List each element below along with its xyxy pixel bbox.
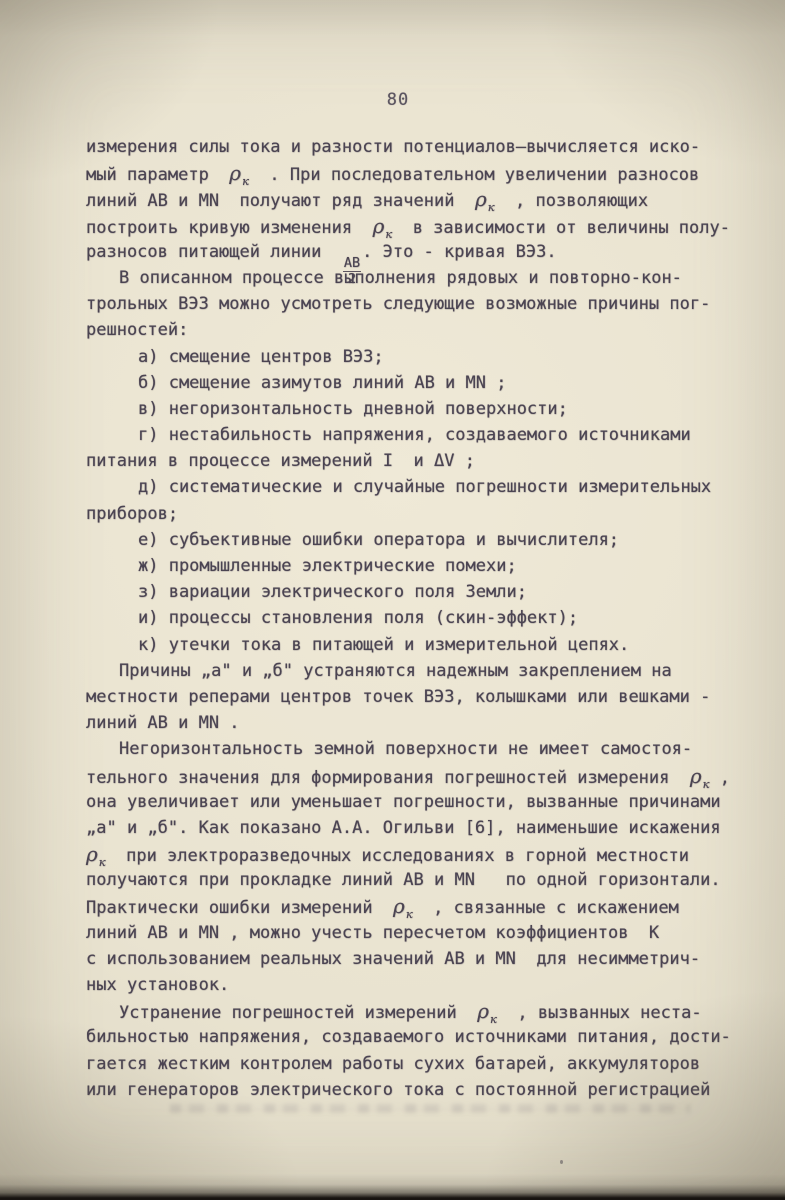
rho-k-symbol: ρк (393, 898, 413, 918)
text-line: она увеличивает или уменьшает погрешност… (86, 789, 758, 815)
text-line: или генераторов электрического тока с по… (86, 1077, 758, 1103)
scanned-document-page: 80 измерения силы тока и разности потенц… (0, 0, 785, 1200)
text-line: бильностью напряжения, создаваемого исто… (86, 1024, 758, 1050)
rho-k-symbol: ρк (373, 218, 393, 238)
text-line: решностей: (86, 317, 758, 343)
rho-k-symbol: ρк (229, 165, 249, 185)
text-line: б) смещение азимутов линий АВ и MN ; (86, 370, 758, 396)
ink-bleedthrough-ghost (170, 1104, 690, 1113)
rho-k-symbol: ρк (690, 768, 710, 788)
text-line: с использованием реальных значений АВ и … (86, 946, 758, 972)
text-line: В описанном процессе выполнения рядовых … (86, 265, 758, 291)
text-line: местности реперами центров точек ВЭЗ, ко… (86, 684, 758, 710)
text-line: тельного значения для формирования погре… (86, 763, 758, 789)
text-line: линий АВ и MN . (86, 710, 758, 736)
rho-k-symbol: ρк (475, 191, 495, 211)
rho-k-symbol: ρк (86, 846, 106, 866)
text-line: г) нестабильность напряжения, создаваемо… (86, 422, 758, 448)
text-line: ных установок. (86, 972, 758, 998)
text-line: ρк при электроразведочных исследованиях … (86, 841, 758, 867)
text-line: в) негоризонтальность дневной поверхност… (86, 396, 758, 422)
text-line: Практически ошибки измерений ρк , связан… (86, 893, 758, 919)
text-line: з) вариации электрического поля Земли; (86, 579, 758, 605)
text-line: линий АВ и MN , можно учесть пересчетом … (86, 920, 758, 946)
text-line: трольных ВЭЗ можно усмотреть следующие в… (86, 291, 758, 317)
text-line: и) процессы становления поля (скин-эффек… (86, 605, 758, 631)
text-line: а) смещение центров ВЭЗ; (86, 344, 758, 370)
text-line: Негоризонтальность земной поверхности не… (86, 736, 758, 762)
text-line: Причины „а" и „б" устраняются надежным з… (86, 658, 758, 684)
text-line: разносов питающей линии АВ2. Это - крива… (86, 239, 758, 265)
text-line: к) утечки тока в питающей и измерительно… (86, 632, 758, 658)
text-line: линий АВ и MN получают ряд значений ρк ,… (86, 186, 758, 212)
text-line: питания в процессе измерений I и ΔV ; (86, 448, 758, 474)
document-lines: измерения силы тока и разности потенциал… (86, 134, 758, 1103)
text-line: гается жестким контролем работы сухих ба… (86, 1051, 758, 1077)
text-line: ж) промышленные электрические помехи; (86, 553, 758, 579)
page-number: 80 (0, 90, 785, 110)
scan-bottom-edge (0, 1174, 785, 1200)
text-line: мый параметр ρк . При последовательном у… (86, 160, 758, 186)
text-line: измерения силы тока и разности потенциал… (86, 134, 758, 160)
text-line: построить кривую изменения ρк в зависимо… (86, 213, 758, 239)
paper-speck (560, 1160, 563, 1164)
text-line: получаются при прокладке линий АВ и MN п… (86, 867, 758, 893)
text-line: приборов; (86, 501, 758, 527)
text-line: „а" и „б". Как показано А.А. Огильви [6]… (86, 815, 758, 841)
rho-k-symbol: ρк (477, 1003, 497, 1023)
text-line: д) систематические и случайные погрешнос… (86, 474, 758, 500)
text-line: Устранение погрешностей измерений ρк , в… (86, 998, 758, 1024)
text-line: е) субъективные ошибки оператора и вычис… (86, 527, 758, 553)
